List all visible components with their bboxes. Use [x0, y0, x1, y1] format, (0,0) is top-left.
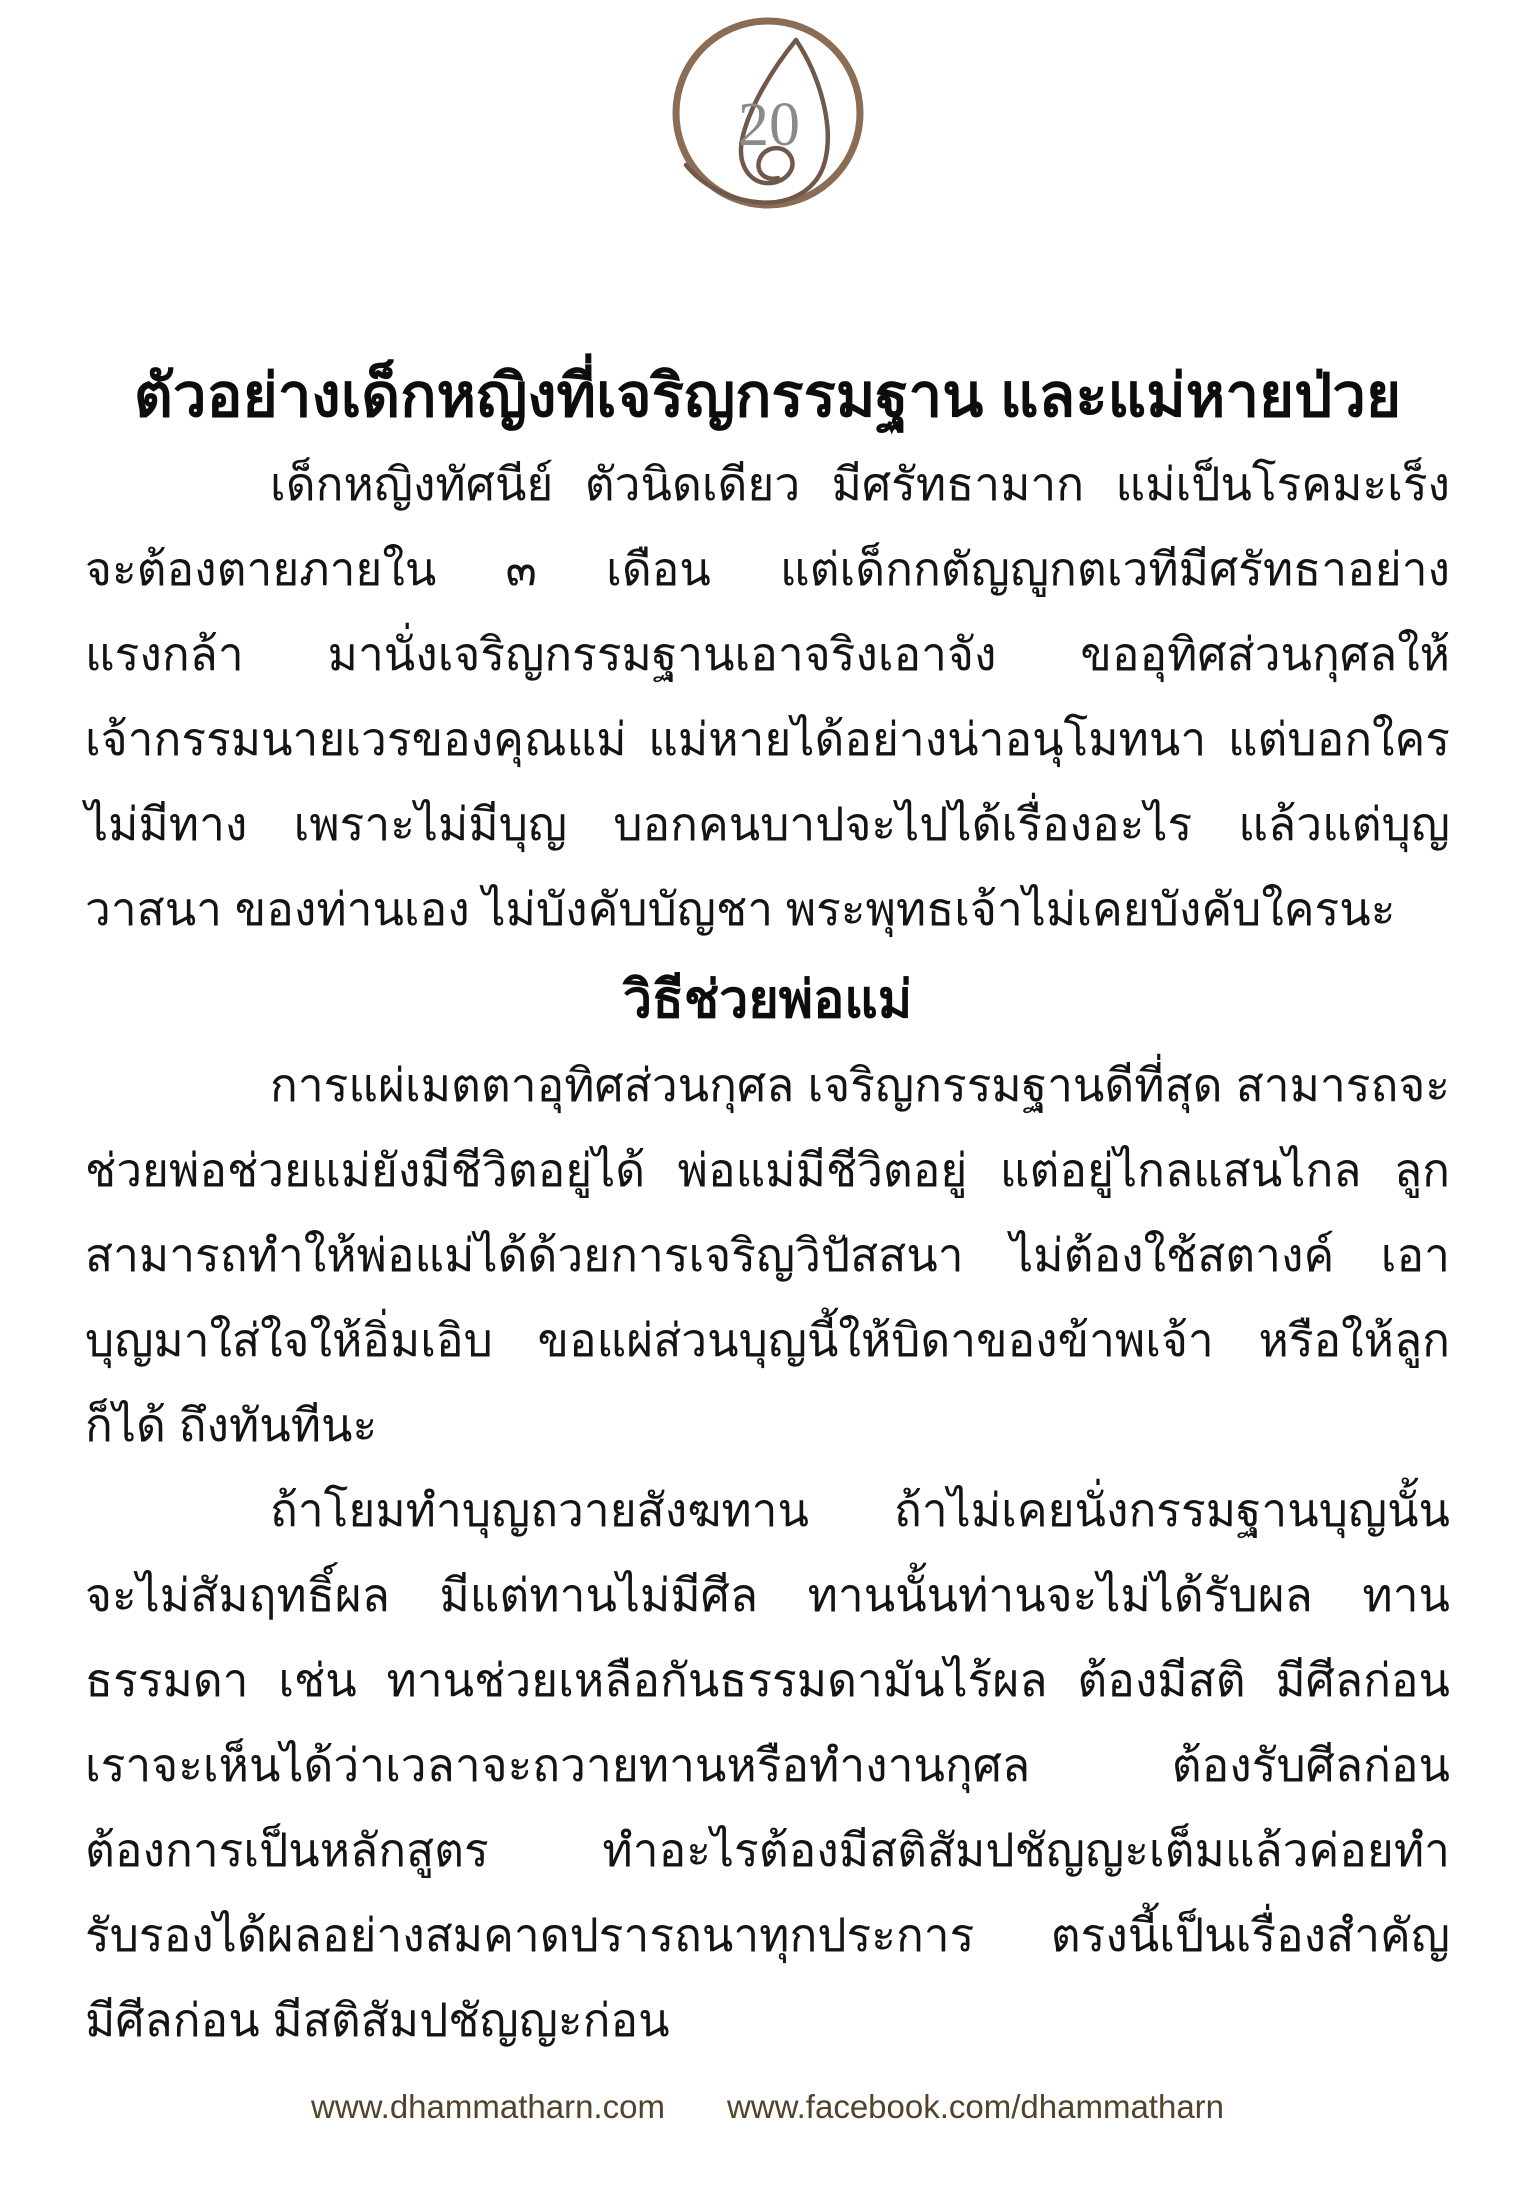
- text-line: มีศีลก่อน มีสติสัมปชัญญะก่อน: [85, 1978, 1450, 2063]
- chapter-heading: ตัวอย่างเด็กหญิงที่เจริญกรรมฐาน และแม่หา…: [85, 348, 1450, 443]
- text-line: เราจะเห็นได้ว่าเวลาจะถวายทานหรือทำงานกุศ…: [85, 1723, 1450, 1808]
- text-line: ต้องการเป็นหลักสูตร ทำอะไรต้องมีสติสัมปช…: [85, 1808, 1450, 1893]
- website-url: www.dhammatharn.com: [311, 2088, 665, 2126]
- text-line: ช่วยพ่อช่วยแม่ยังมีชีวิตอยู่ได้ พ่อแม่มี…: [85, 1128, 1450, 1213]
- text-line: การแผ่เมตตาอุทิศส่วนกุศล เจริญกรรมฐานดีท…: [85, 1043, 1450, 1128]
- paragraph-3: ถ้าโยมทำบุญถวายสังฆทาน ถ้าไม่เคยนั่งกรรม…: [85, 1468, 1450, 2063]
- text-line: จะต้องตายภายใน ๓ เดือน แต่เด็กกตัญญูกตเว…: [85, 527, 1450, 612]
- text-line: ถ้าโยมทำบุญถวายสังฆทาน ถ้าไม่เคยนั่งกรรม…: [85, 1468, 1450, 1553]
- text-line: ไม่มีทาง เพราะไม่มีบุญ บอกคนบาปจะไปได้เร…: [85, 782, 1450, 867]
- text-line: สามารถทำให้พ่อแม่ได้ด้วยการเจริญวิปัสสนา…: [85, 1213, 1450, 1298]
- section-subheading: วิธีช่วยพ่อแม่: [85, 958, 1450, 1043]
- paragraph-2: การแผ่เมตตาอุทิศส่วนกุศล เจริญกรรมฐานดีท…: [85, 1043, 1450, 1468]
- text-line: ก็ได้ ถึงทันทีนะ: [85, 1383, 1450, 1468]
- page-number: 20: [738, 91, 800, 159]
- leaf-circle-icon: 20: [652, 14, 884, 226]
- text-line: เด็กหญิงทัศนีย์ ตัวนิดเดียว มีศรัทธามาก …: [85, 442, 1450, 527]
- text-line: วาสนา ของท่านเอง ไม่บังคับบัญชา พระพุทธเ…: [85, 867, 1450, 952]
- facebook-url: www.facebook.com/dhammatharn: [727, 2088, 1224, 2126]
- text-line: จะไม่สัมฤทธิ์ผล มีแต่ทานไม่มีศีล ทานนั้น…: [85, 1553, 1450, 1638]
- text-line: รับรองได้ผลอย่างสมคาดปรารถนาทุกประการ ตร…: [85, 1893, 1450, 1978]
- paragraph-1: เด็กหญิงทัศนีย์ ตัวนิดเดียว มีศรัทธามาก …: [85, 442, 1450, 952]
- book-page: 20 ตัวอย่างเด็กหญิงที่เจริญกรรมฐาน และแม…: [0, 0, 1535, 2185]
- page-number-logo: 20: [0, 14, 1535, 226]
- text-line: ธรรมดา เช่น ทานช่วยเหลือกันธรรมดามันไร้ผ…: [85, 1638, 1450, 1723]
- text-line: บุญมาใส่ใจให้อิ่มเอิบ ขอแผ่ส่วนบุญนี้ให้…: [85, 1298, 1450, 1383]
- page-footer: www.dhammatharn.com www.facebook.com/dha…: [0, 2088, 1535, 2126]
- text-line: เจ้ากรรมนายเวรของคุณแม่ แม่หายได้อย่างน่…: [85, 697, 1450, 782]
- text-line: แรงกล้า มานั่งเจริญกรรมฐานเอาจริงเอาจัง …: [85, 612, 1450, 697]
